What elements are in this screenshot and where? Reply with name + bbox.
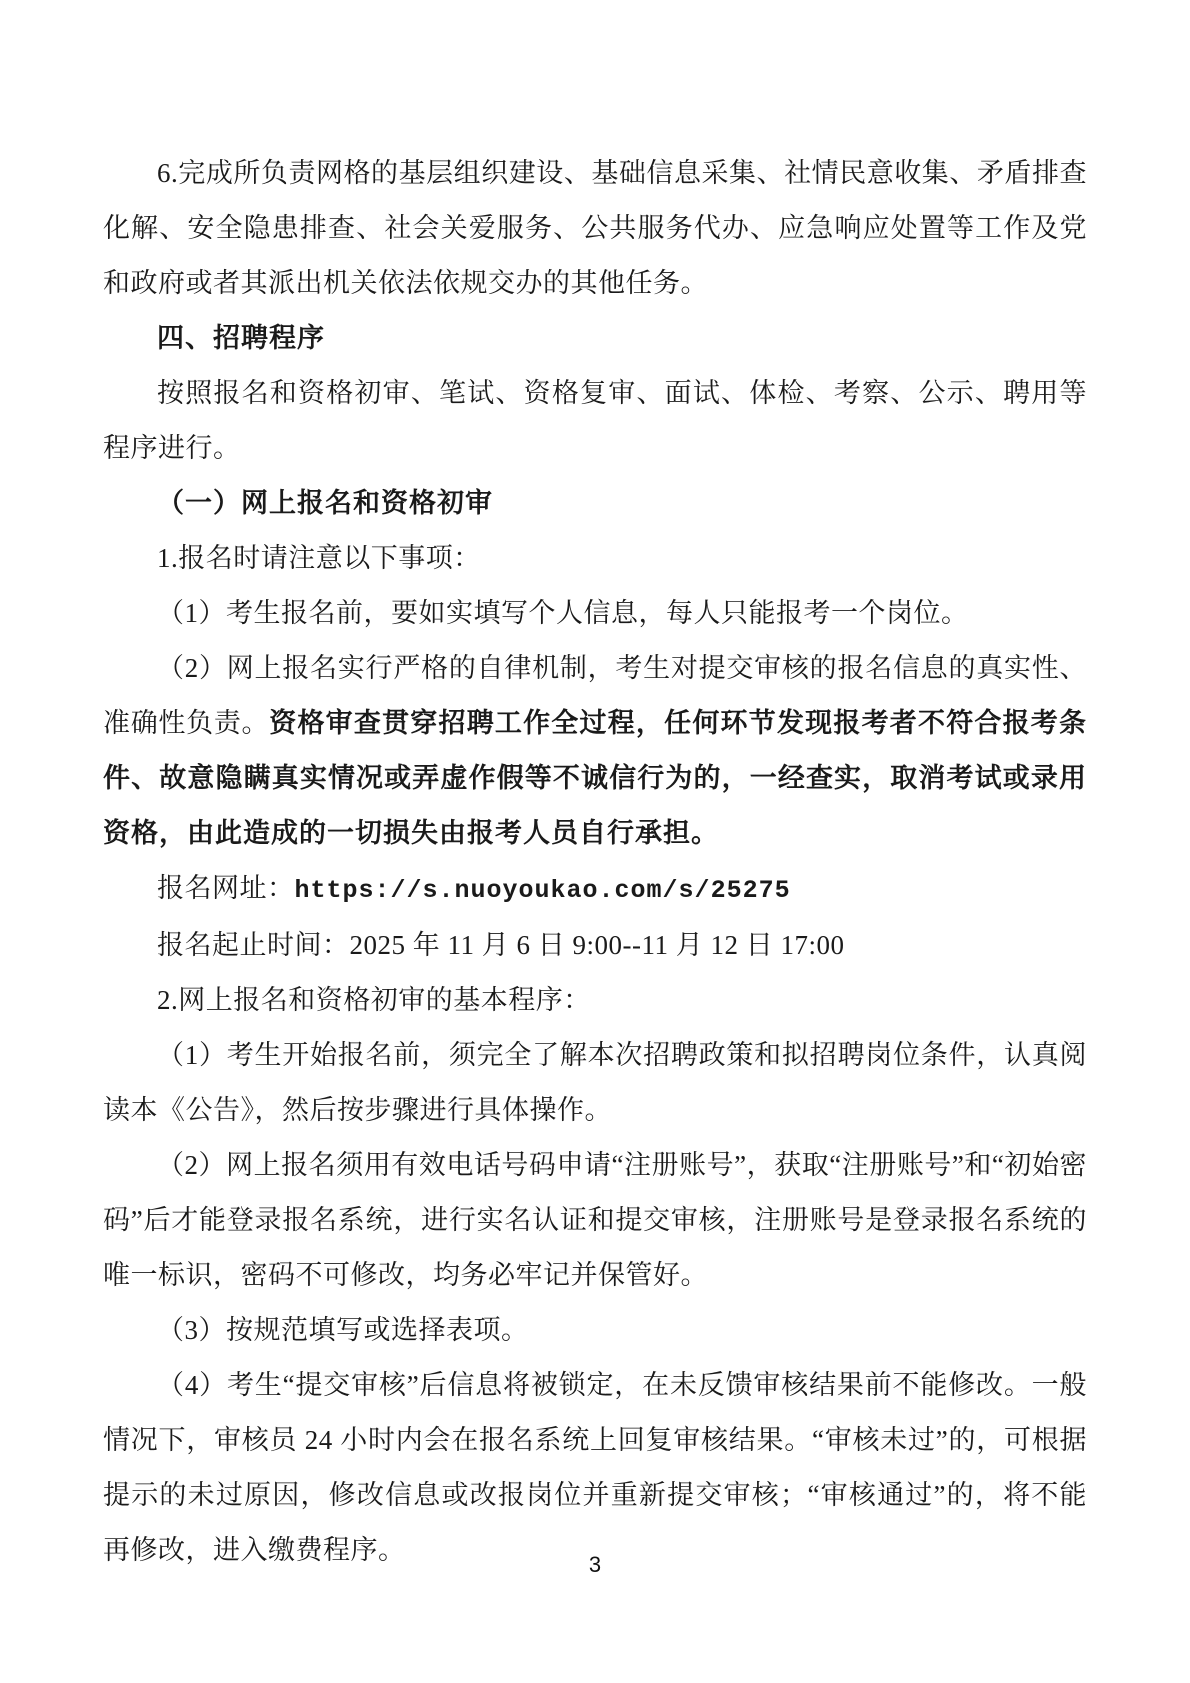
paragraph: （1）考生报名前，要如实填写个人信息，每人只能报考一个岗位。 (103, 586, 1087, 641)
text-run: 1.报名时请注意以下事项： (157, 543, 481, 573)
paragraph: （1）考生开始报名前，须完全了解本次招聘政策和拟招聘岗位条件，认真阅读本《公告》… (103, 1028, 1087, 1138)
text-run: 四、招聘程序 (157, 323, 325, 353)
paragraph: 四、招聘程序 (103, 311, 1087, 366)
paragraph: （4）考生“提交审核”后信息将被锁定，在未反馈审核结果前不能修改。一般情况下，审… (103, 1358, 1087, 1578)
text-run: 6.完成所负责网格的基层组织建设、基础信息采集、社情民意收集、矛盾排查化解、安全… (103, 158, 1087, 298)
paragraph: （一）网上报名和资格初审 (103, 476, 1087, 531)
text-run: （2）网上报名须用有效电话号码申请“注册账号”，获取“注册账号”和“初始密码”后… (103, 1150, 1087, 1290)
page-number: 3 (0, 1552, 1190, 1578)
paragraph: 6.完成所负责网格的基层组织建设、基础信息采集、社情民意收集、矛盾排查化解、安全… (103, 146, 1087, 311)
text-run: 报名起止时间：2025 年 11 月 6 日 9:00--11 月 12 日 1… (157, 930, 844, 960)
paragraph: 2.网上报名和资格初审的基本程序： (103, 973, 1087, 1028)
text-run: 按照报名和资格初审、笔试、资格复审、面试、体检、考察、公示、聘用等程序进行。 (103, 378, 1087, 463)
paragraph: 按照报名和资格初审、笔试、资格复审、面试、体检、考察、公示、聘用等程序进行。 (103, 366, 1087, 476)
paragraph: 报名起止时间：2025 年 11 月 6 日 9:00--11 月 12 日 1… (103, 918, 1087, 973)
text-run: （4）考生“提交审核”后信息将被锁定，在未反馈审核结果前不能修改。一般情况下，审… (103, 1370, 1087, 1565)
text-run: （1）考生报名前，要如实填写个人信息，每人只能报考一个岗位。 (157, 598, 969, 628)
text-run: （1）考生开始报名前，须完全了解本次招聘政策和拟招聘岗位条件，认真阅读本《公告》… (103, 1040, 1087, 1125)
document-page: 6.完成所负责网格的基层组织建设、基础信息采集、社情民意收集、矛盾排查化解、安全… (0, 0, 1190, 1683)
document-body: 6.完成所负责网格的基层组织建设、基础信息采集、社情民意收集、矛盾排查化解、安全… (103, 146, 1087, 1578)
paragraph: 报名网址：https://s.nuoyoukao.com/s/25275 (103, 861, 1087, 918)
text-run: 2.网上报名和资格初审的基本程序： (157, 985, 591, 1015)
paragraph: （3）按规范填写或选择表项。 (103, 1303, 1087, 1358)
url-text: https://s.nuoyoukao.com/s/25275 (295, 876, 791, 905)
text-run: 报名网址： (157, 873, 295, 903)
paragraph: 1.报名时请注意以下事项： (103, 531, 1087, 586)
text-run: （一）网上报名和资格初审 (157, 488, 493, 518)
paragraph: （2）网上报名须用有效电话号码申请“注册账号”，获取“注册账号”和“初始密码”后… (103, 1138, 1087, 1303)
text-run: （3）按规范填写或选择表项。 (157, 1315, 529, 1345)
paragraph: （2）网上报名实行严格的自律机制，考生对提交审核的报名信息的真实性、准确性负责。… (103, 641, 1087, 861)
